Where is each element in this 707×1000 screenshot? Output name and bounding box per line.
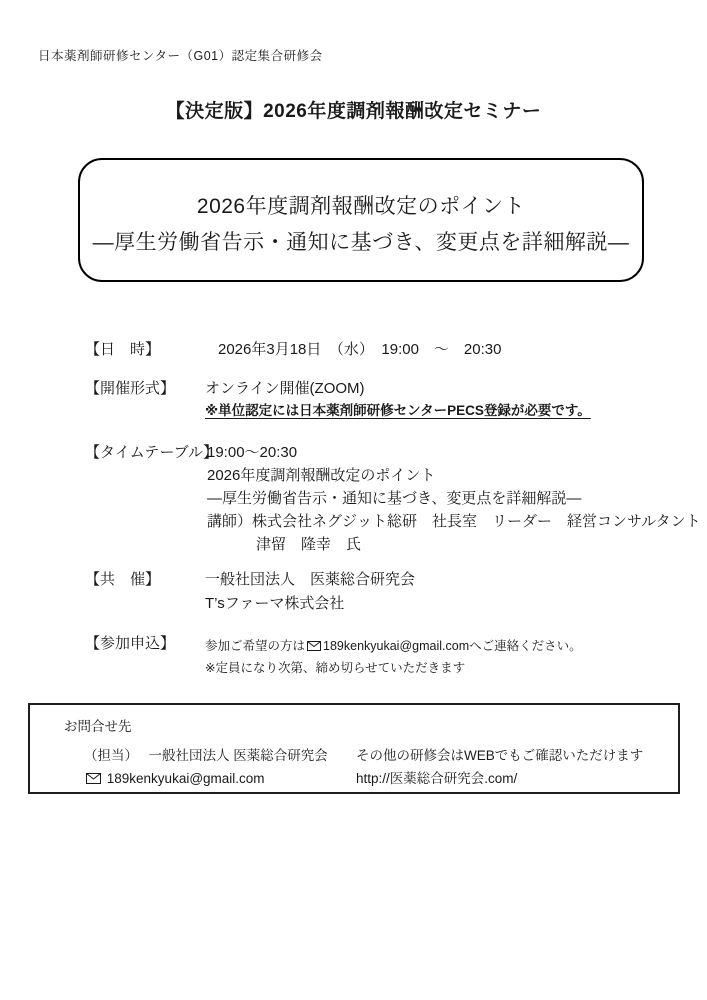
contact-left-column: （担当） 一般社団法人 医薬総合研究会 189kenkyukai@gmail.c…: [84, 744, 328, 791]
certification-header: 日本薬剤師研修センター（G01）認定集合研修会: [38, 46, 323, 64]
seminar-title-line1: 2026年度調剤報酬改定のポイント: [197, 190, 525, 220]
cohost-label: 【共 催】: [85, 568, 160, 589]
pecs-registration-note: ※単位認定には日本薬剤師研修センターPECS登録が必要です。: [205, 399, 591, 419]
application-instruction: 参加ご希望の方は189kenkyukai@gmail.comへご連絡ください。: [205, 635, 582, 658]
application-email: 189kenkyukai@gmail.com: [323, 639, 469, 653]
timetable-lecturer: 講師）株式会社ネグジット総研 社長室 リーダー 経営コンサルタント: [207, 510, 701, 533]
application-instruction-suffix: へご連絡ください。: [469, 639, 582, 653]
seminar-title-box: 2026年度調剤報酬改定のポイント ―厚生労働省告示・通知に基づき、変更点を詳細…: [78, 158, 644, 282]
contact-email-line: 189kenkyukai@gmail.com: [84, 767, 328, 791]
contact-person: （担当） 一般社団法人 医薬総合研究会: [84, 744, 328, 767]
timetable-time: 19:00～20:30: [207, 441, 297, 464]
format-value: オンライン開催(ZOOM): [205, 377, 365, 398]
cohost-org-2: T’sファーマ株式会社: [205, 592, 344, 613]
contact-box: お問合せ先 （担当） 一般社団法人 医薬総合研究会 189kenkyukai@g…: [28, 703, 680, 794]
envelope-icon: [86, 768, 101, 791]
cohost-org-1: 一般社団法人 医薬総合研究会: [205, 568, 415, 589]
application-label: 【参加申込】: [85, 632, 175, 653]
format-label: 【開催形式】: [85, 377, 175, 398]
application-instruction-prefix: 参加ご希望の方は: [205, 639, 305, 653]
contact-box-title: お問合せ先: [64, 715, 132, 735]
datetime-label: 【日 時】: [85, 338, 160, 359]
envelope-icon: [307, 636, 321, 658]
contact-email: 189kenkyukai@gmail.com: [107, 771, 265, 786]
contact-web-note: その他の研修会はWEBでもご確認いただけます: [356, 744, 643, 767]
contact-website-url: http://医薬総合研究会.com/: [356, 767, 643, 790]
application-capacity-note: ※定員になり次第、締め切らせていただきます: [205, 657, 465, 679]
timetable-speaker-name: 津留 隆幸 氏: [256, 533, 361, 556]
page-title: 【決定版】2026年度調剤報酬改定セミナー: [0, 96, 707, 123]
timetable-subtitle: ―厚生労働省告示・通知に基づき、変更点を詳細解説―: [207, 487, 581, 510]
contact-right-column: その他の研修会はWEBでもご確認いただけます http://医薬総合研究会.co…: [356, 744, 643, 790]
datetime-value: 2026年3月18日 （水） 19:00 ～ 20:30: [218, 338, 501, 359]
timetable-topic: 2026年度調剤報酬改定のポイント: [207, 464, 435, 487]
timetable-label: 【タイムテーブル】: [85, 441, 218, 462]
document-page: 日本薬剤師研修センター（G01）認定集合研修会 【決定版】2026年度調剤報酬改…: [0, 0, 707, 1000]
seminar-title-line2: ―厚生労働省告示・通知に基づき、変更点を詳細解説―: [93, 226, 630, 256]
